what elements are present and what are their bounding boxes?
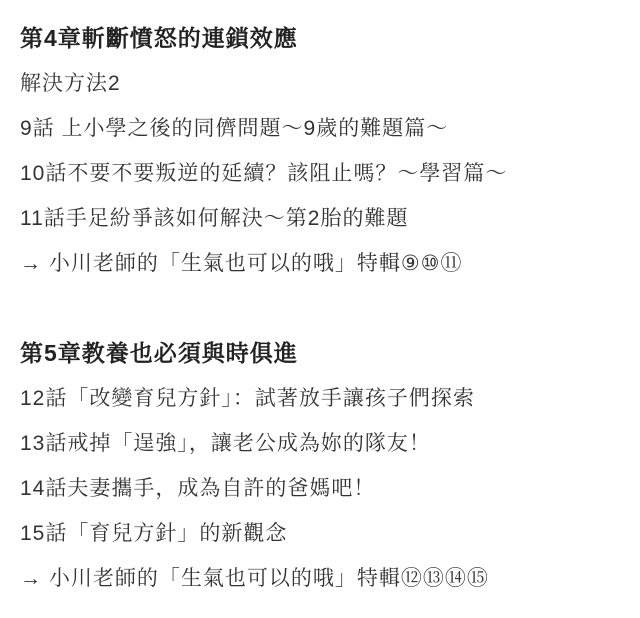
toc-line: 解決方法2 — [20, 61, 622, 106]
toc-line: 12話「改變育兒方針」：試著放手讓孩子們探索 — [20, 376, 622, 421]
toc-line: 13話戒掉「逞強」，讓老公成為妳的隊友！ — [20, 421, 622, 466]
toc-line: 15話「育兒方針」的新觀念 — [20, 511, 622, 556]
toc-line: 11話手足紛爭該如何解決～第2胎的難題 — [20, 196, 622, 241]
chapter-heading: 第5章教養也必須與時俱進 — [20, 331, 622, 376]
chapter-section-5: 第5章教養也必須與時俱進 12話「改變育兒方針」：試著放手讓孩子們探索 13話戒… — [20, 331, 622, 601]
chapter-heading: 第4章斬斷憤怒的連鎖效應 — [20, 16, 622, 61]
toc-line: 9話 上小學之後的同儕問題～9歲的難題篇～ — [20, 106, 622, 151]
chapter-section-4: 第4章斬斷憤怒的連鎖效應 解決方法2 9話 上小學之後的同儕問題～9歲的難題篇～… — [20, 16, 622, 286]
page: { "page": { "background_color": "#ffffff… — [0, 0, 640, 618]
toc-line: 10話不要不要叛逆的延續？該阻止嗎？～學習篇～ — [20, 151, 622, 196]
toc-line-special-feature: → 小川老師的「生氣也可以的哦」特輯⑨⑩⑪ — [20, 241, 622, 286]
toc-line-special-feature: → 小川老師的「生氣也可以的哦」特輯⑫⑬⑭⑮ — [20, 556, 622, 601]
table-of-contents: 第4章斬斷憤怒的連鎖效應 解決方法2 9話 上小學之後的同儕問題～9歲的難題篇～… — [0, 0, 640, 601]
toc-line: 14話夫妻攜手，成為自許的爸媽吧！ — [20, 466, 622, 511]
